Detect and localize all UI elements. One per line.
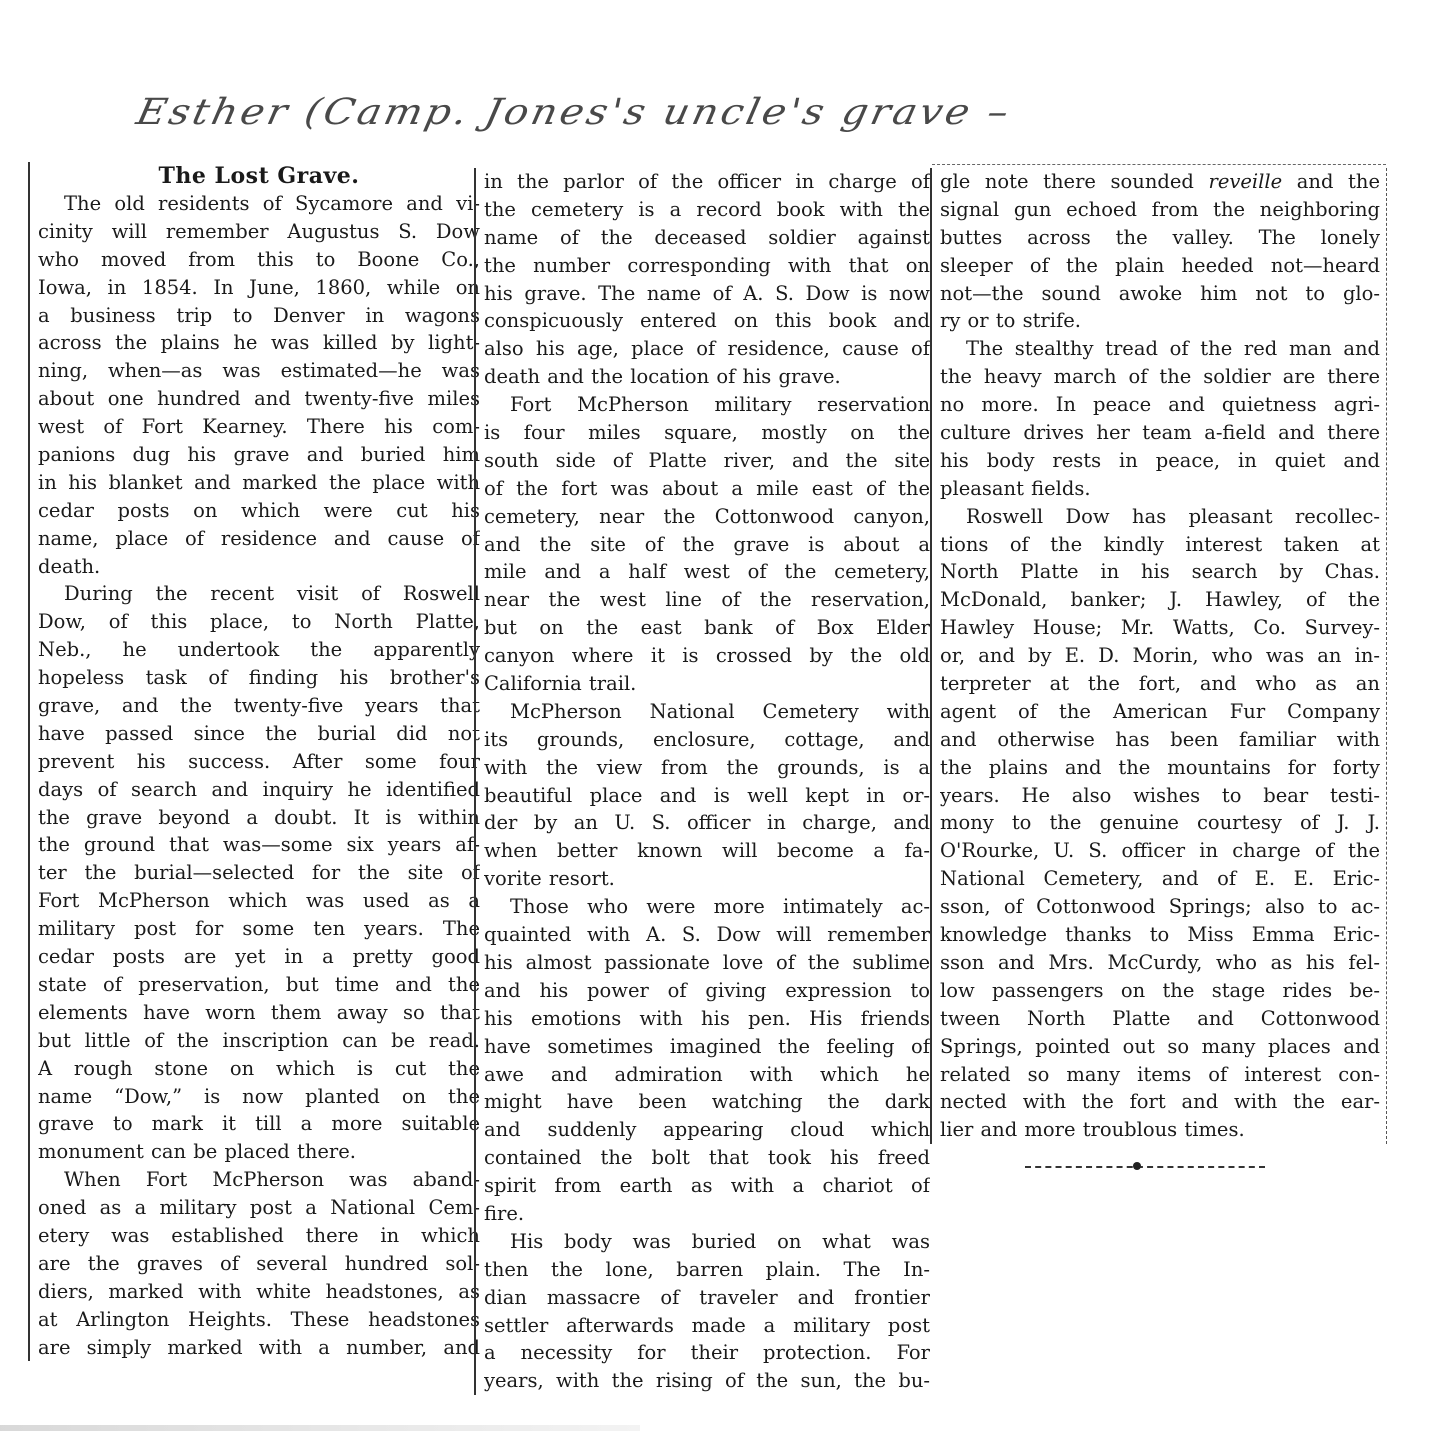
text-line: cedar posts are yet in a pretty good <box>38 943 480 971</box>
text-line: state of preservation, but time and the <box>38 971 480 999</box>
text-line: low passengers on the stage rides be- <box>940 977 1380 1005</box>
article-column-1: The Lost Grave. The old residents of Syc… <box>28 162 480 1361</box>
article-column-3: gle note there sounded reveille and thes… <box>930 168 1387 1144</box>
text-line: diers, marked with white headstones, as <box>38 1278 480 1306</box>
text-line: name of the deceased soldier against <box>484 224 930 252</box>
text-line: near the west line of the reservation, <box>484 586 930 614</box>
text-line: ning, when—as was estimated—he was <box>38 357 480 385</box>
text-line: grave to mark it till a more suitable <box>38 1110 480 1138</box>
text-line: Neb., he undertook the apparently <box>38 636 480 664</box>
text-line: elements have worn them away so that <box>38 999 480 1027</box>
text-line: During the recent visit of Roswell <box>38 580 480 608</box>
text-line: McPherson National Cemetery with <box>484 698 930 726</box>
text-line: might have been watching the dark <box>484 1088 930 1116</box>
text-line: beautiful place and is well kept in or- <box>484 782 930 810</box>
text-line: monument can be placed there. <box>38 1138 480 1166</box>
text-line: sson, of Cottonwood Springs; also to ac- <box>940 893 1380 921</box>
text-line: west of Fort Kearney. There his com- <box>38 413 480 441</box>
text-line: cemetery, near the Cottonwood canyon, <box>484 503 930 531</box>
text-line: panions dug his grave and buried him <box>38 441 480 469</box>
text-line: the plains and the mountains for forty <box>940 754 1380 782</box>
text-line: Those who were more intimately ac- <box>484 893 930 921</box>
text-line: a necessity for their protection. For <box>484 1339 930 1367</box>
text-line: A rough stone on which is cut the <box>38 1055 480 1083</box>
scan-edge-shadow <box>0 1425 640 1431</box>
text-line: the number corresponding with that on <box>484 252 930 280</box>
text-line: days of search and inquiry he identified <box>38 776 480 804</box>
text-line: dian massacre of traveler and frontier <box>484 1284 930 1312</box>
text-line: ter the burial—selected for the site of <box>38 859 480 887</box>
text-line: death and the location of his grave. <box>484 363 930 391</box>
article-column-2: in the parlor of the officer in charge o… <box>474 168 930 1395</box>
text-line: have passed since the burial did not <box>38 720 480 748</box>
text-line: about one hundred and twenty-five miles <box>38 385 480 413</box>
text-line: Springs, pointed out so many places and <box>940 1033 1380 1061</box>
text-line: His body was buried on what was <box>484 1228 930 1256</box>
text-line: McDonald, banker; J. Hawley, of the <box>940 586 1380 614</box>
text-line: settler afterwards made a military post <box>484 1312 930 1340</box>
column-text: The old residents of Sycamore and vi-cin… <box>38 190 480 1361</box>
text-line: then the lone, barren plain. The In- <box>484 1256 930 1284</box>
text-line: military post for some ten years. The <box>38 915 480 943</box>
text-line: buttes across the valley. The lonely <box>940 224 1380 252</box>
article-title: The Lost Grave. <box>38 162 480 190</box>
text-line: contained the bolt that took his freed <box>484 1144 930 1172</box>
text-line: are simply marked with a number, and <box>38 1334 480 1362</box>
text-line: spirit from earth as with a chariot of <box>484 1172 930 1200</box>
text-line: in the parlor of the officer in charge o… <box>484 168 930 196</box>
text-line: tions of the kindly interest taken at <box>940 531 1380 559</box>
text-line: terpreter at the fort, and who as an <box>940 670 1380 698</box>
text-line: across the plains he was killed by light… <box>38 329 480 357</box>
text-line: mile and a half west of the cemetery, <box>484 558 930 586</box>
text-line: a business trip to Denver in wagons <box>38 302 480 330</box>
text-line: years, with the rising of the sun, the b… <box>484 1367 930 1395</box>
text-line: knowledge thanks to Miss Emma Eric- <box>940 921 1380 949</box>
text-line: years. He also wishes to bear testi- <box>940 782 1380 810</box>
text-line: ry or to strife. <box>940 307 1380 335</box>
text-line: California trail. <box>484 670 930 698</box>
text-line: North Platte in his search by Chas. <box>940 558 1380 586</box>
text-line: name, place of residence and cause of <box>38 525 480 553</box>
text-line: are the graves of several hundred sol- <box>38 1250 480 1278</box>
text-line: Dow, of this place, to North Platte, <box>38 608 480 636</box>
text-line: awe and admiration with which he <box>484 1061 930 1089</box>
text-line: name “Dow,” is now planted on the <box>38 1083 480 1111</box>
text-line: National Cemetery, and of E. E. Eric- <box>940 865 1380 893</box>
text-line: signal gun echoed from the neighboring <box>940 196 1380 224</box>
text-line: When Fort McPherson was aband- <box>38 1166 480 1194</box>
text-line: der by an U. S. officer in charge, and <box>484 809 930 837</box>
text-line: Fort McPherson military reservation <box>484 391 930 419</box>
text-line: but on the east bank of Box Elder <box>484 614 930 642</box>
text-line: the ground that was—some six years af- <box>38 831 480 859</box>
end-of-article-rule <box>1025 1166 1265 1170</box>
text-line: no more. In peace and quietness agri- <box>940 391 1380 419</box>
text-line: The stealthy tread of the red man and <box>940 335 1380 363</box>
text-line: cinity will remember Augustus S. Dow <box>38 218 480 246</box>
text-line: Iowa, in 1854. In June, 1860, while on <box>38 274 480 302</box>
text-line: lier and more troublous times. <box>940 1116 1380 1144</box>
text-line: the heavy march of the soldier are there <box>940 363 1380 391</box>
text-line: his almost passionate love of the sublim… <box>484 949 930 977</box>
text-line: nected with the fort and with the ear- <box>940 1088 1380 1116</box>
text-line: prevent his success. After some four <box>38 748 480 776</box>
handwritten-note: Esther (Camp. Jones's uncle's grave – <box>128 92 961 155</box>
text-line: O'Rourke, U. S. officer in charge of the <box>940 837 1380 865</box>
text-line: is four miles square, mostly on the <box>484 419 930 447</box>
text-line: of the fort was about a mile east of the <box>484 475 930 503</box>
text-line: Hawley House; Mr. Watts, Co. Survey- <box>940 614 1380 642</box>
text-line: or, and by E. D. Morin, who was an in- <box>940 642 1380 670</box>
text-line: but little of the inscription can be rea… <box>38 1027 480 1055</box>
text-line: and his power of giving expression to <box>484 977 930 1005</box>
text-line: his grave. The name of A. S. Dow is now <box>484 280 930 308</box>
text-line: its grounds, enclosure, cottage, and <box>484 726 930 754</box>
text-line: sson and Mrs. McCurdy, who as his fel- <box>940 949 1380 977</box>
text-line: with the view from the grounds, is a <box>484 754 930 782</box>
text-line: The old residents of Sycamore and vi- <box>38 190 480 218</box>
text-line: and the site of the grave is about a <box>484 531 930 559</box>
text-line: Fort McPherson which was used as a <box>38 887 480 915</box>
text-line: at Arlington Heights. These headstones <box>38 1306 480 1334</box>
text-line: pleasant fields. <box>940 475 1380 503</box>
text-line: and suddenly appearing cloud which <box>484 1116 930 1144</box>
text-line: culture drives her team a-field and ther… <box>940 419 1380 447</box>
text-line: hopeless task of finding his brother's <box>38 664 480 692</box>
text-line: south side of Platte river, and the site <box>484 447 930 475</box>
text-line: etery was established there in which <box>38 1222 480 1250</box>
text-line: fire. <box>484 1200 930 1228</box>
text-line: mony to the genuine courtesy of J. J. <box>940 809 1380 837</box>
text-line: cedar posts on which were cut his <box>38 497 480 525</box>
text-line: his body rests in peace, in quiet and <box>940 447 1380 475</box>
text-line: have sometimes imagined the feeling of <box>484 1033 930 1061</box>
text-line: the grave beyond a doubt. It is within <box>38 804 480 832</box>
text-line: death. <box>38 553 480 581</box>
text-line: quainted with A. S. Dow will remember <box>484 921 930 949</box>
column-text: gle note there sounded reveille and thes… <box>940 168 1380 1144</box>
text-line: conspicuously entered on this book and <box>484 307 930 335</box>
text-line: grave, and the twenty-five years that <box>38 692 480 720</box>
text-line: and otherwise has been familiar with <box>940 726 1380 754</box>
text-line: also his age, place of residence, cause … <box>484 335 930 363</box>
text-line: tween North Platte and Cottonwood <box>940 1005 1380 1033</box>
text-line: the cemetery is a record book with the <box>484 196 930 224</box>
column-text: in the parlor of the officer in charge o… <box>484 168 930 1395</box>
text-line: oned as a military post a National Cem- <box>38 1194 480 1222</box>
text-line: gle note there sounded reveille and the <box>940 168 1380 196</box>
text-line: his emotions with his pen. His friends <box>484 1005 930 1033</box>
text-line: Roswell Dow has pleasant recollec- <box>940 503 1380 531</box>
text-line: related so many items of interest con- <box>940 1061 1380 1089</box>
rule-ornament-icon <box>1133 1162 1141 1170</box>
text-line: not—the sound awoke him not to glo- <box>940 280 1380 308</box>
text-line: vorite resort. <box>484 865 930 893</box>
text-line: when better known will become a fa- <box>484 837 930 865</box>
text-line: agent of the American Fur Company <box>940 698 1380 726</box>
text-line: who moved from this to Boone Co., <box>38 246 480 274</box>
text-line: sleeper of the plain heeded not—heard <box>940 252 1380 280</box>
text-line: canyon where it is crossed by the old <box>484 642 930 670</box>
text-line: in his blanket and marked the place with <box>38 469 480 497</box>
